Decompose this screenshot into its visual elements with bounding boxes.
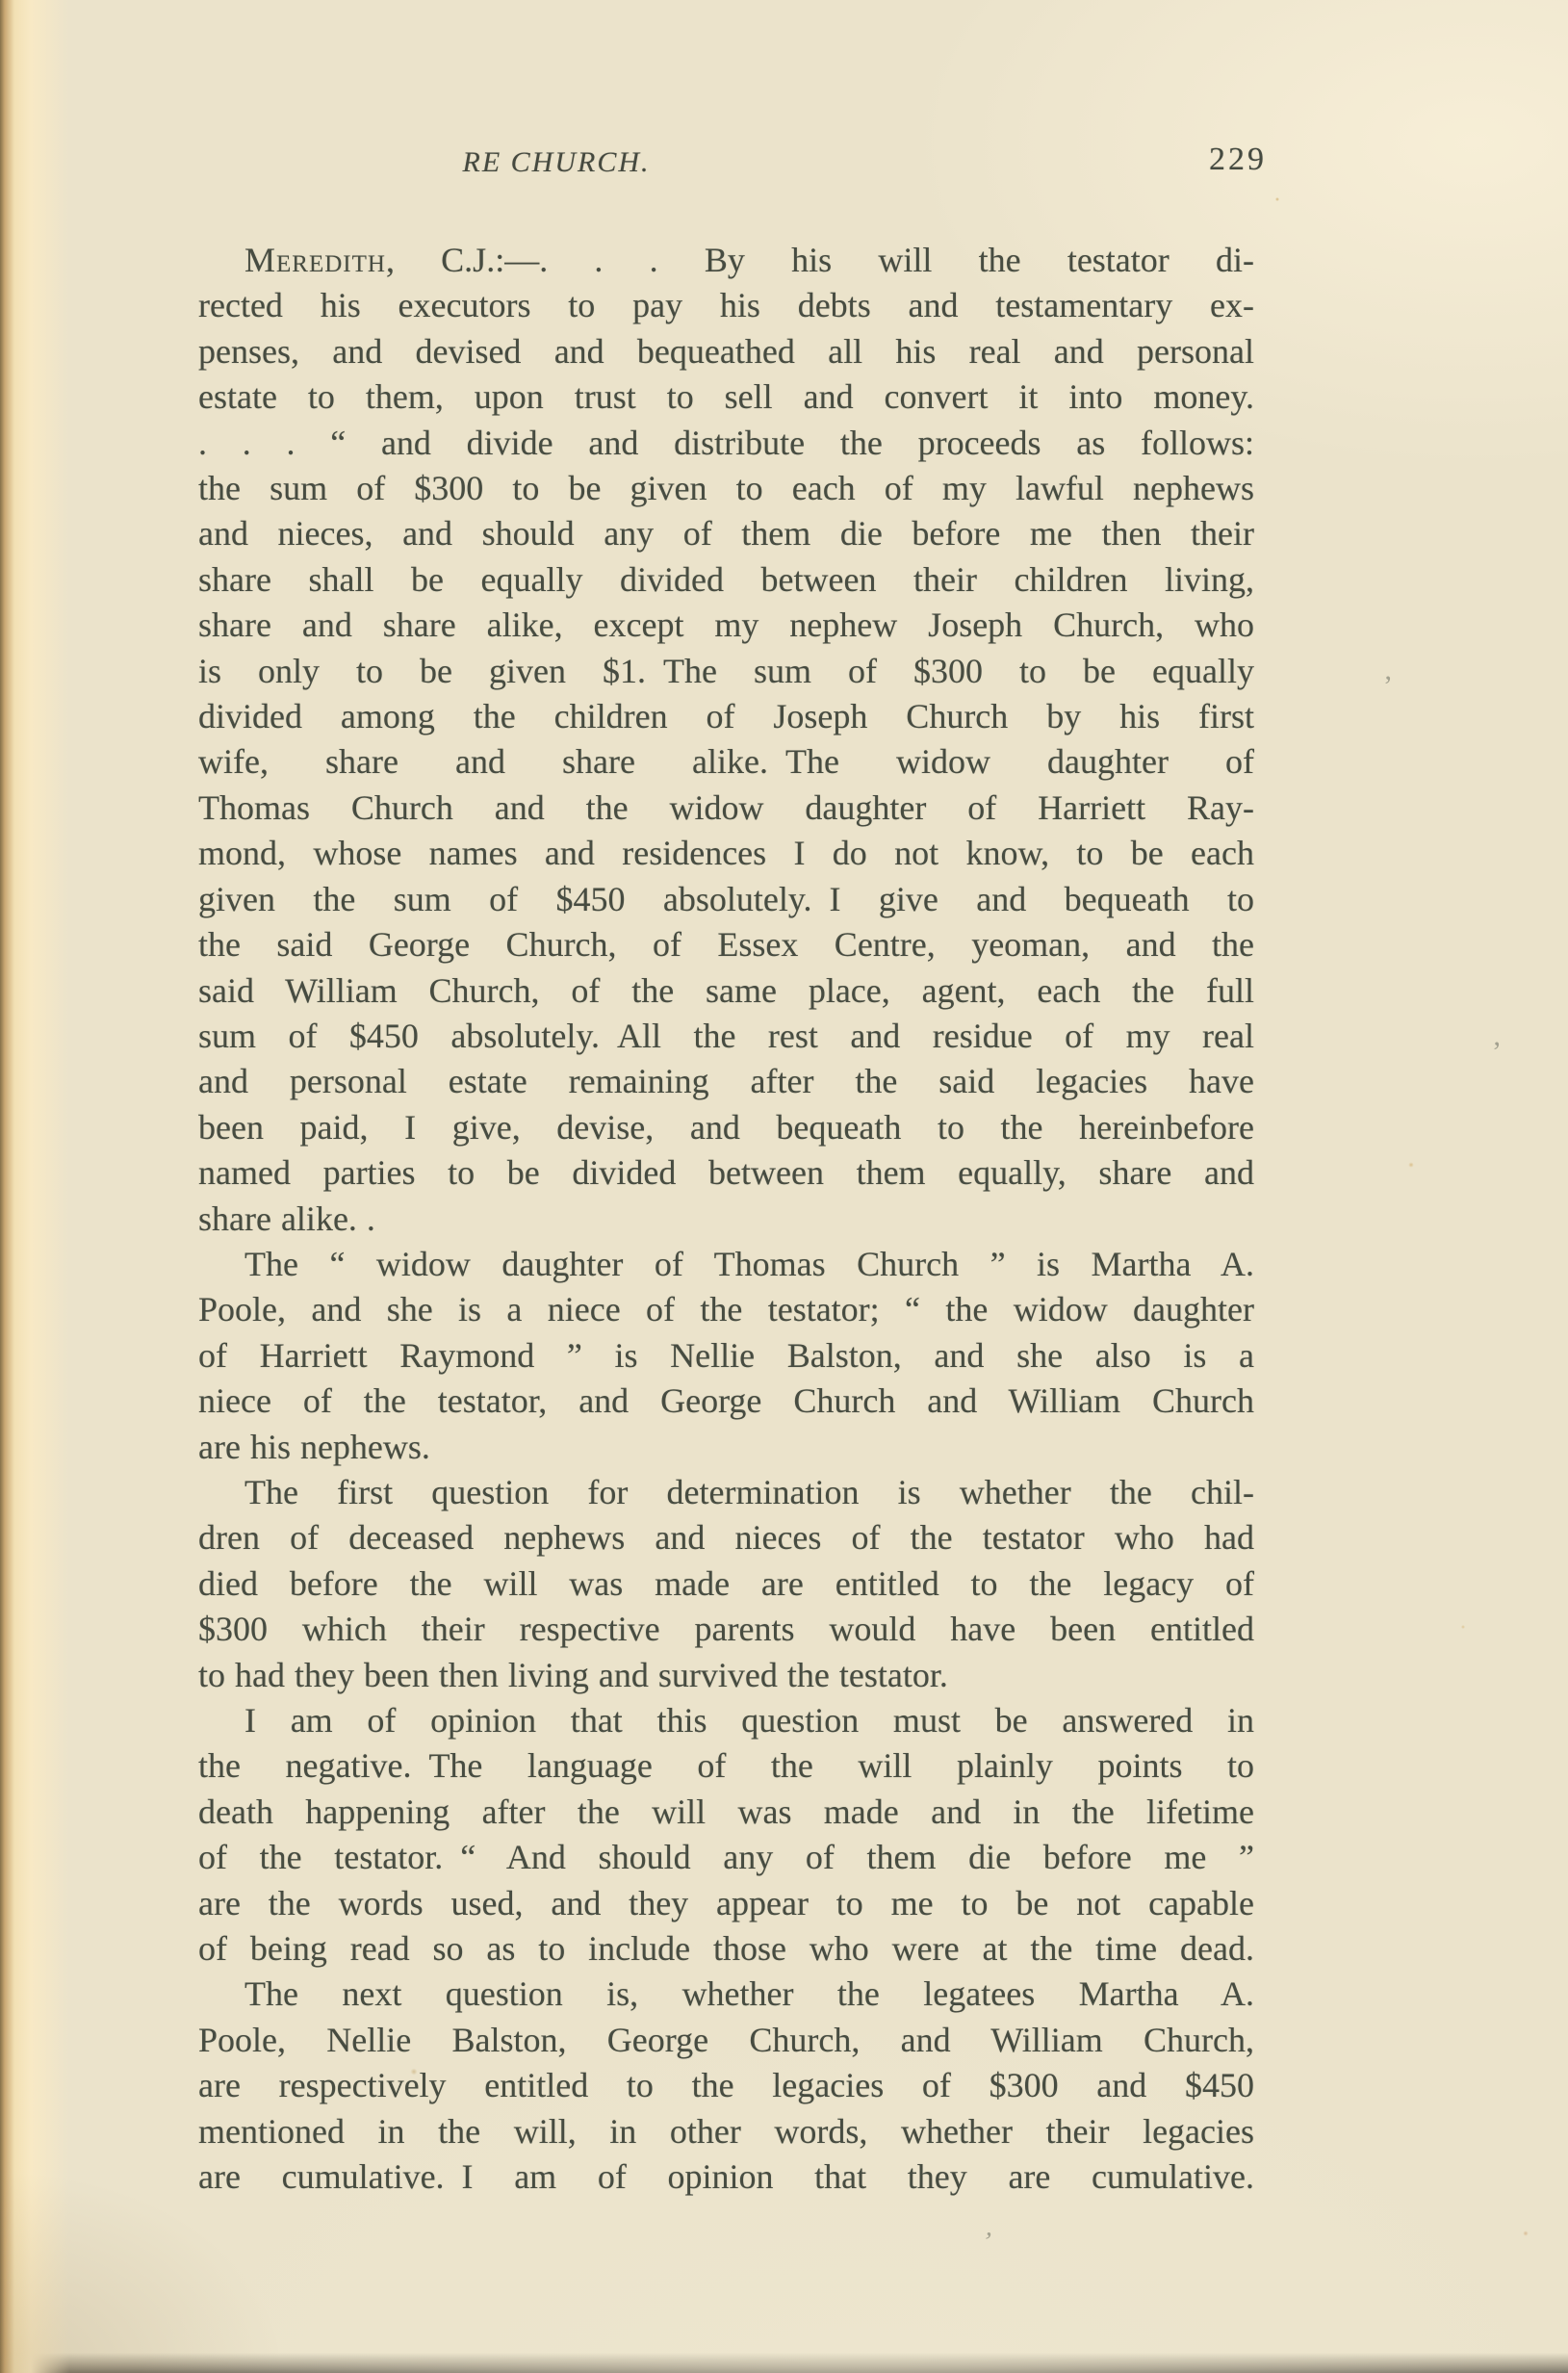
text-line: said William Church, of the same place, … (198, 968, 1254, 1014)
text-line: died before the will was made are entitl… (198, 1561, 1254, 1607)
text-line: Poole, Nellie Balston, George Church, an… (198, 2018, 1254, 2063)
text-line: share alike. . (198, 1197, 1254, 1242)
text-line: are his nephews. (198, 1425, 1254, 1470)
text-line: The first question for determination is … (198, 1470, 1254, 1515)
paragraph-4: I am of opinion that this question must … (198, 1698, 1254, 1972)
text-line: dren of deceased nephews and nieces of t… (198, 1515, 1254, 1561)
text-line: share and share alike, except my nephew … (198, 603, 1254, 648)
scan-artifact: ’ (1492, 1038, 1502, 1067)
paragraph-2: The “ widow daughter of Thomas Church ” … (198, 1242, 1254, 1470)
text-line: been paid, I give, devise, and bequeath … (198, 1105, 1254, 1150)
text-line: $300 which their respective parents woul… (198, 1607, 1254, 1652)
judge-name: Meredith (244, 241, 386, 279)
text-line: and nieces, and should any of them die b… (198, 511, 1254, 556)
text-line: to had they been then living and survive… (198, 1653, 1254, 1698)
text-line: penses, and devised and bequeathed all h… (198, 329, 1254, 374)
text-line: are the words used, and they appear to m… (198, 1881, 1254, 1926)
text-line: . . . “ and divide and distribute the pr… (198, 421, 1254, 466)
text-line: is only to be given $1. The sum of $300 … (198, 649, 1254, 694)
paragraph-5: The next question is, whether the legate… (198, 1972, 1254, 2200)
text-line: the said George Church, of Essex Centre,… (198, 922, 1254, 967)
text-line: divided among the children of Joseph Chu… (198, 694, 1254, 739)
text-line: are respectively entitled to the legacie… (198, 2063, 1254, 2108)
text-line: I am of opinion that this question must … (198, 1698, 1254, 1743)
scanned-book-page: RE CHURCH. 229 Meredith, C.J.:—. . . By … (0, 0, 1568, 2373)
text-line: The “ widow daughter of Thomas Church ” … (198, 1242, 1254, 1287)
text-line: death happening after the will was made … (198, 1790, 1254, 1835)
running-title: RE CHURCH. (463, 146, 651, 179)
paragraph-1: Meredith, C.J.:—. . . By his will the te… (198, 238, 1254, 1242)
text-line: of the testator. “ And should any of the… (198, 1835, 1254, 1880)
scan-artifact: ’ (1383, 672, 1393, 701)
text-line: of Harriett Raymond ” is Nellie Balston,… (198, 1333, 1254, 1379)
text-line: Meredith, C.J.:—. . . By his will the te… (198, 238, 1254, 283)
page-number: 229 (1209, 142, 1267, 178)
text-block: Meredith, C.J.:—. . . By his will the te… (198, 238, 1254, 2200)
text-line: are cumulative. I am of opinion that the… (198, 2154, 1254, 2200)
text-line: the sum of $300 to be given to each of m… (198, 466, 1254, 511)
paragraph-3: The first question for determination is … (198, 1470, 1254, 1698)
text-line: and personal estate remaining after the … (198, 1059, 1254, 1104)
text-line: of being read so as to include those who… (198, 1926, 1254, 1972)
text-line: the negative. The language of the will p… (198, 1743, 1254, 1789)
text-line: share shall be equally divided between t… (198, 557, 1254, 603)
text-line: rected his executors to pay his debts an… (198, 283, 1254, 328)
text-line: mond, whose names and residences I do no… (198, 831, 1254, 876)
text-line: given the sum of $450 absolutely. I give… (198, 877, 1254, 922)
text-line: wife, share and share alike. The widow d… (198, 739, 1254, 785)
text-line: sum of $450 absolutely. All the rest and… (198, 1014, 1254, 1059)
text-line: estate to them, upon trust to sell and c… (198, 374, 1254, 420)
text-line: niece of the testator, and George Church… (198, 1379, 1254, 1424)
text-line: Poole, and she is a niece of the testato… (198, 1287, 1254, 1332)
text-line: Thomas Church and the widow daughter of … (198, 786, 1254, 831)
text-line: The next question is, whether the legate… (198, 1972, 1254, 2017)
text-line-rest: , C.J.:—. . . By his will the testator d… (386, 241, 1254, 279)
text-line: mentioned in the will, in other words, w… (198, 2109, 1254, 2154)
text-line: named parties to be divided between them… (198, 1150, 1254, 1196)
scan-artifact: , (985, 2214, 995, 2242)
